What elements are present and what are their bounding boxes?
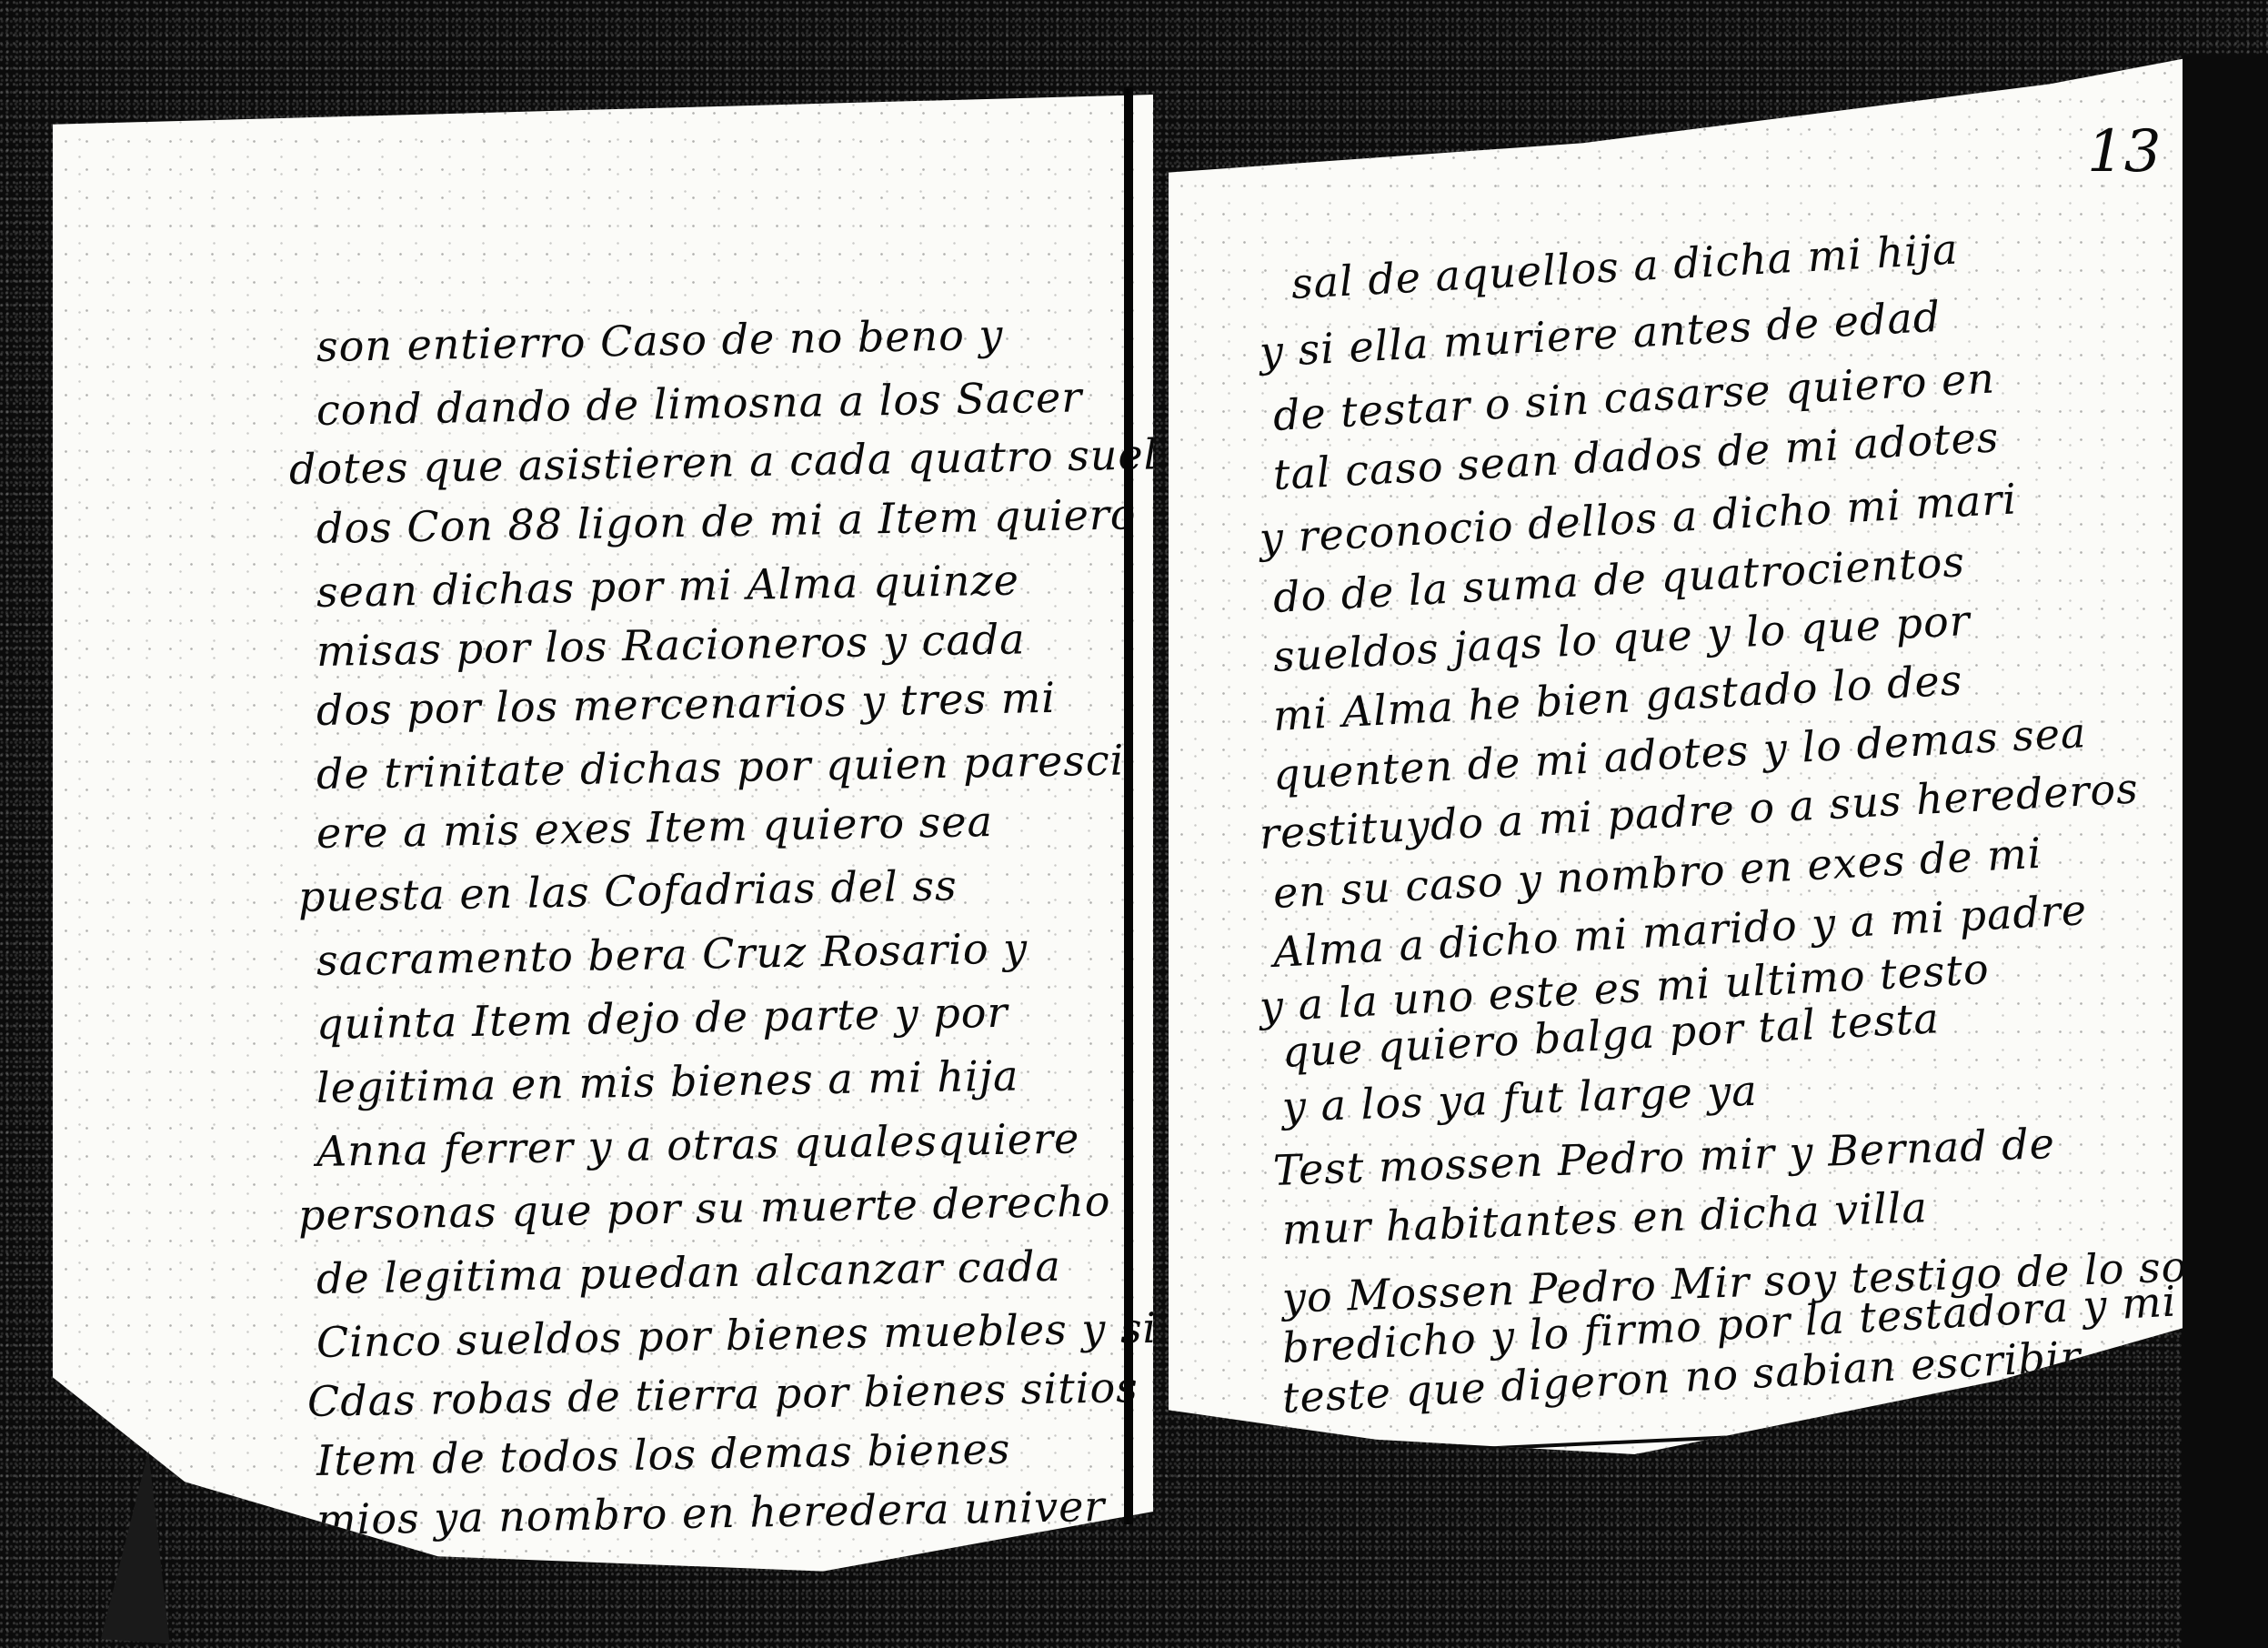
book-gutter <box>1124 87 1133 1524</box>
manuscript-line: Item de todos los demas bienes <box>316 1424 1011 1485</box>
manuscript-line: legitima en mis bienes a mi hija <box>316 1051 1019 1112</box>
left-page: son entierro Caso de no beno y cond dand… <box>53 95 1153 1586</box>
manuscript-line: quinta Item dejo de parte y por <box>316 988 1009 1049</box>
manuscript-line: ere a mis exes Item quiero sea <box>316 797 994 858</box>
right-page: 13 sal de aquellos a dicha mi hija y si … <box>1169 55 2205 1528</box>
manuscript-line: y a los ya fut large ya <box>1281 1066 1758 1131</box>
manuscript-line: cond dando de limosna a los Sacer <box>316 372 1083 435</box>
page-corner-fold <box>101 1449 183 1644</box>
manuscript-line: Test mossen Pedro mir y Bernad de <box>1272 1119 2056 1195</box>
manuscript-line: de trinitate dichas por quien paresci <box>316 735 1125 798</box>
manuscript-line: dotes que asistieren a cada quatro suel <box>289 429 1153 494</box>
manuscript-line: puesta en las Cofadrias del ss <box>298 860 958 921</box>
manuscript-line: sacramento bera Cruz Rosario y <box>316 923 1029 985</box>
manuscript-line: Cinco sueldos por bienes muebles y sin <box>316 1302 1153 1367</box>
manuscript-line: mios ya nombro en heredera univer <box>316 1482 1106 1544</box>
scan-right-edge <box>2183 55 2268 1648</box>
manuscript-line: Cdas robas de tierra por bienes sitios <box>307 1362 1139 1426</box>
manuscript-line: de legitima puedan alcanzar cada <box>316 1241 1062 1303</box>
manuscript-line: dos por los mercenarios y tres mi <box>316 673 1057 735</box>
manuscript-line: personas que por su muerte derecho <box>298 1176 1111 1240</box>
manuscript-line: Anna ferrer y a otras qualesquiere <box>316 1113 1080 1176</box>
manuscript-line: son entierro Caso de no beno y <box>316 310 1004 371</box>
manuscript-line: dos Con 88 ligon de mi a Item quiero <box>316 489 1137 553</box>
manuscript-line: sean dichas por mi Alma quinze <box>316 556 1020 617</box>
folio-number: 13 <box>2087 118 2161 186</box>
manuscript-line: misas por los Racioneros y cada <box>316 614 1027 676</box>
manuscript-line: mur habitantes en dicha villa <box>1281 1182 1929 1254</box>
